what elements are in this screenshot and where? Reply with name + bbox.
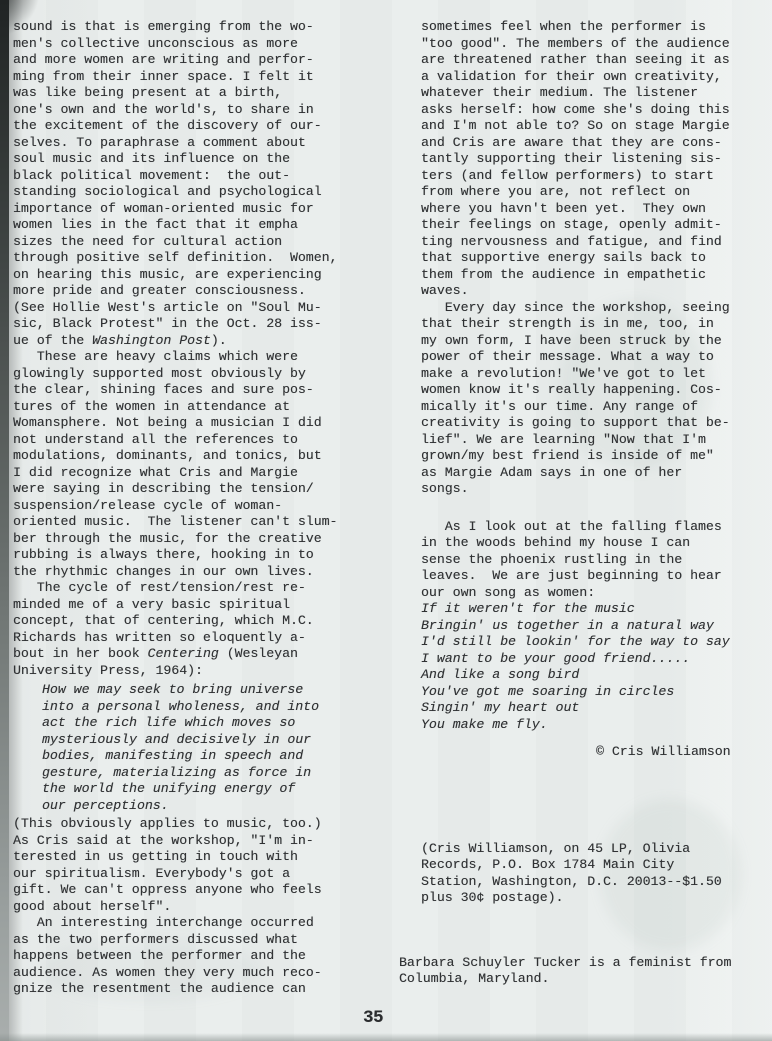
author-bio: Barbara Schuyler Tucker is a feminist fr… (399, 955, 766, 988)
paragraph-text: ). (211, 333, 227, 348)
copyright-symbol-icon: © (596, 744, 604, 759)
scan-binding-edge (0, 0, 9, 1041)
page-number: 35 (363, 1010, 383, 1027)
scan-bottom-edge (0, 1033, 772, 1041)
article-paragraph: The cycle of rest/tension/rest re- minde… (13, 580, 365, 679)
block-quote: How we may seek to bring universe into a… (13, 682, 365, 814)
song-lyrics: If it weren't for the music Bringin' us … (421, 601, 766, 733)
book-title: Centering (148, 646, 219, 661)
left-column: sound is that is emerging from the wo- m… (13, 19, 365, 998)
book-title: Washington Post (92, 333, 211, 348)
article-paragraph: An interesting interchange occurred as t… (13, 915, 365, 998)
article-paragraph: (This obviously applies to music, too.) … (13, 816, 365, 915)
article-paragraph: Every day since the workshop, seeing tha… (421, 300, 766, 498)
record-ordering-info: (Cris Williamson, on 45 LP, Olivia Recor… (421, 841, 766, 907)
right-column: sometimes feel when the performer is "to… (421, 19, 766, 988)
article-paragraph: These are heavy claims which were glowin… (13, 349, 365, 580)
scanned-article-page: sound is that is emerging from the wo- m… (0, 0, 772, 1041)
article-paragraph: As I look out at the falling flames in t… (421, 519, 766, 602)
copyright-credit: © Cris Williamson (421, 744, 766, 761)
paragraph-text: sound is that is emerging from the wo- m… (13, 19, 337, 348)
copyright-name: Cris Williamson (604, 744, 731, 759)
article-paragraph: sometimes feel when the performer is "to… (421, 19, 766, 300)
article-paragraph: sound is that is emerging from the wo- m… (13, 19, 365, 349)
